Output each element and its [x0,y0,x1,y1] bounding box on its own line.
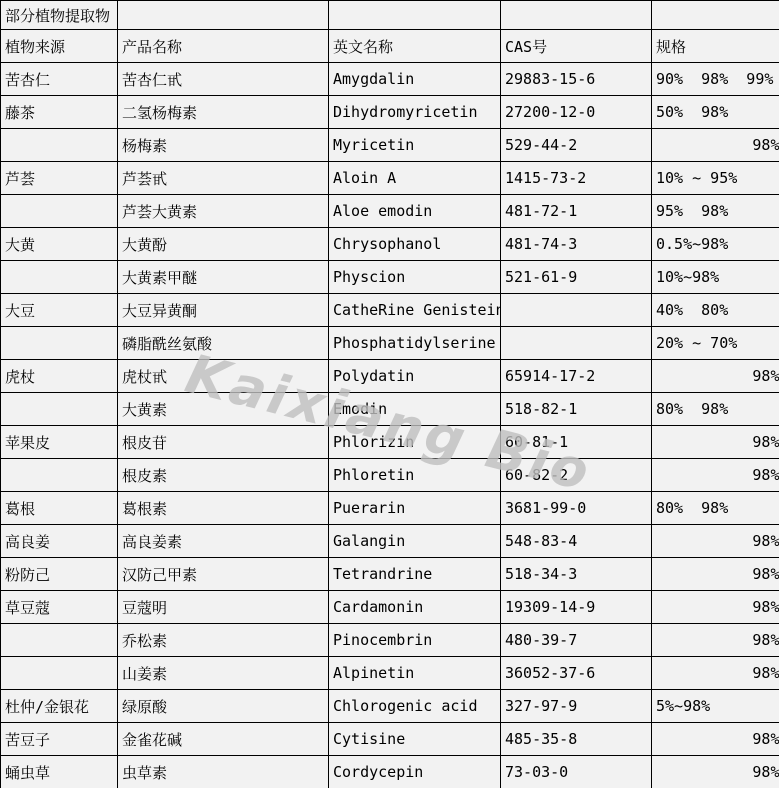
product-name-cell: 山姜素 [118,657,329,690]
spec-cell: 20% ~ 70% [652,327,779,360]
product-name-cell: 虎杖甙 [118,360,329,393]
english-name-cell: Amygdalin [329,63,501,96]
plant-source-cell [1,327,118,360]
plant-extract-table: 部分植物提取物 植物来源 产品名称 英文名称 CAS号 规格 苦杏仁苦杏仁甙Am… [0,0,779,788]
spec-cell: 40% 80% [652,294,779,327]
plant-source-cell: 芦荟 [1,162,118,195]
header-product-name: 产品名称 [118,30,329,63]
product-name-cell: 根皮苷 [118,426,329,459]
table-row: 杨梅素Myricetin529-44-298% [1,129,779,162]
english-name-cell: Aloe emodin [329,195,501,228]
cas-number-cell: 518-82-1 [501,393,652,426]
english-name-cell: CatheRine Genistein [329,294,501,327]
product-name-cell: 高良姜素 [118,525,329,558]
plant-source-cell: 高良姜 [1,525,118,558]
product-name-cell: 芦荟大黄素 [118,195,329,228]
empty-cell [329,1,501,30]
cas-number-cell: 481-74-3 [501,228,652,261]
cas-number-cell: 3681-99-0 [501,492,652,525]
header-cas-number: CAS号 [501,30,652,63]
spec-cell: 98% [652,558,779,591]
table-row: 大黄大黄酚Chrysophanol481-74-30.5%~98% [1,228,779,261]
table-row: 芦荟芦荟甙Aloin A1415-73-210% ~ 95% [1,162,779,195]
english-name-cell: Tetrandrine [329,558,501,591]
table-row: 根皮素Phloretin60-82-298% [1,459,779,492]
spec-cell: 80% 98% [652,393,779,426]
spec-cell: 98% [652,591,779,624]
table-row: 磷脂酰丝氨酸Phosphatidylserine20% ~ 70% [1,327,779,360]
product-name-cell: 芦荟甙 [118,162,329,195]
product-name-cell: 苦杏仁甙 [118,63,329,96]
spec-cell: 98% [652,657,779,690]
product-name-cell: 乔松素 [118,624,329,657]
plant-source-cell: 蛹虫草 [1,756,118,788]
cas-number-cell: 29883-15-6 [501,63,652,96]
table-row: 大黄素Emodin518-82-180% 98% [1,393,779,426]
empty-cell [652,1,779,30]
cas-number-cell: 73-03-0 [501,756,652,788]
product-name-cell: 汉防己甲素 [118,558,329,591]
table-row: 苦杏仁苦杏仁甙Amygdalin29883-15-690% 98% 99% [1,63,779,96]
plant-source-cell: 苦豆子 [1,723,118,756]
english-name-cell: Puerarin [329,492,501,525]
product-name-cell: 绿原酸 [118,690,329,723]
english-name-cell: Cytisine [329,723,501,756]
cas-number-cell: 36052-37-6 [501,657,652,690]
cas-number-cell: 60-81-1 [501,426,652,459]
header-plant-source: 植物来源 [1,30,118,63]
plant-source-cell: 大豆 [1,294,118,327]
table-row: 粉防己汉防己甲素Tetrandrine518-34-398% [1,558,779,591]
empty-cell [501,1,652,30]
english-name-cell: Myricetin [329,129,501,162]
english-name-cell: Phlorizin [329,426,501,459]
plant-source-cell: 杜仲/金银花 [1,690,118,723]
english-name-cell: Dihydromyricetin [329,96,501,129]
spec-cell: 98% [652,525,779,558]
table-row: 杜仲/金银花绿原酸Chlorogenic acid327-97-95%~98% [1,690,779,723]
product-name-cell: 虫草素 [118,756,329,788]
table-row: 苦豆子金雀花碱Cytisine485-35-898% [1,723,779,756]
english-name-cell: Chrysophanol [329,228,501,261]
plant-source-cell: 虎杖 [1,360,118,393]
cas-number-cell: 529-44-2 [501,129,652,162]
english-name-cell: Chlorogenic acid [329,690,501,723]
table-body: 苦杏仁苦杏仁甙Amygdalin29883-15-690% 98% 99%藤茶二… [1,63,779,788]
english-name-cell: Phloretin [329,459,501,492]
table-title-cell: 部分植物提取物 [1,1,118,30]
spec-cell: 5%~98% [652,690,779,723]
spec-cell: 0.5%~98% [652,228,779,261]
plant-source-cell [1,195,118,228]
english-name-cell: Alpinetin [329,657,501,690]
cas-number-cell: 521-61-9 [501,261,652,294]
spec-cell: 90% 98% 99% [652,63,779,96]
cas-number-cell: 1415-73-2 [501,162,652,195]
product-name-cell: 大黄素甲醚 [118,261,329,294]
cas-number-cell: 327-97-9 [501,690,652,723]
plant-source-cell: 葛根 [1,492,118,525]
plant-source-cell: 苹果皮 [1,426,118,459]
cas-number-cell: 485-35-8 [501,723,652,756]
product-name-cell: 大黄酚 [118,228,329,261]
product-name-cell: 葛根素 [118,492,329,525]
table-row: 大黄素甲醚Physcion521-61-910%~98% [1,261,779,294]
table-row: 芦荟大黄素Aloe emodin481-72-195% 98% [1,195,779,228]
table-title-row: 部分植物提取物 [1,1,779,30]
spec-cell: 98% [652,723,779,756]
spec-cell: 10%~98% [652,261,779,294]
product-name-cell: 磷脂酰丝氨酸 [118,327,329,360]
table-row: 苹果皮根皮苷Phlorizin60-81-198% [1,426,779,459]
spec-cell: 80% 98% [652,492,779,525]
english-name-cell: Physcion [329,261,501,294]
cas-number-cell: 518-34-3 [501,558,652,591]
product-name-cell: 大豆异黄酮 [118,294,329,327]
spec-cell: 10% ~ 95% [652,162,779,195]
cas-number-cell: 27200-12-0 [501,96,652,129]
table-row: 大豆大豆异黄酮CatheRine Genistein40% 80% [1,294,779,327]
plant-source-cell: 粉防己 [1,558,118,591]
product-name-cell: 金雀花碱 [118,723,329,756]
plant-source-cell [1,657,118,690]
product-name-cell: 二氢杨梅素 [118,96,329,129]
spec-cell: 98% [652,426,779,459]
english-name-cell: Pinocembrin [329,624,501,657]
table-row: 蛹虫草虫草素Cordycepin73-03-098% [1,756,779,788]
table-row: 葛根葛根素Puerarin3681-99-080% 98% [1,492,779,525]
plant-source-cell: 大黄 [1,228,118,261]
product-name-cell: 根皮素 [118,459,329,492]
english-name-cell: Emodin [329,393,501,426]
table-row: 乔松素Pinocembrin480-39-798% [1,624,779,657]
table-row: 山姜素Alpinetin36052-37-698% [1,657,779,690]
cas-number-cell [501,294,652,327]
cas-number-cell: 65914-17-2 [501,360,652,393]
spec-cell: 98% [652,624,779,657]
cas-number-cell: 60-82-2 [501,459,652,492]
spec-cell: 95% 98% [652,195,779,228]
cas-number-cell: 480-39-7 [501,624,652,657]
table-row: 高良姜高良姜素Galangin548-83-498% [1,525,779,558]
plant-source-cell: 藤茶 [1,96,118,129]
product-name-cell: 杨梅素 [118,129,329,162]
plant-source-cell [1,393,118,426]
cas-number-cell: 548-83-4 [501,525,652,558]
plant-source-cell [1,459,118,492]
plant-source-cell: 苦杏仁 [1,63,118,96]
product-name-cell: 豆蔻明 [118,591,329,624]
cas-number-cell: 481-72-1 [501,195,652,228]
cas-number-cell [501,327,652,360]
plant-source-cell: 草豆蔻 [1,591,118,624]
header-english-name: 英文名称 [329,30,501,63]
empty-cell [118,1,329,30]
spec-cell: 98% [652,459,779,492]
header-spec: 规格 [652,30,779,63]
table-header-row: 植物来源 产品名称 英文名称 CAS号 规格 [1,30,779,63]
spec-cell: 98% [652,129,779,162]
spec-cell: 50% 98% [652,96,779,129]
english-name-cell: Phosphatidylserine [329,327,501,360]
plant-source-cell [1,261,118,294]
plant-source-cell [1,129,118,162]
plant-extract-table-page: 部分植物提取物 植物来源 产品名称 英文名称 CAS号 规格 苦杏仁苦杏仁甙Am… [0,0,779,788]
table-row: 草豆蔻豆蔻明Cardamonin19309-14-998% [1,591,779,624]
product-name-cell: 大黄素 [118,393,329,426]
english-name-cell: Galangin [329,525,501,558]
english-name-cell: Cordycepin [329,756,501,788]
english-name-cell: Aloin A [329,162,501,195]
table-row: 虎杖虎杖甙Polydatin65914-17-298% [1,360,779,393]
plant-source-cell [1,624,118,657]
spec-cell: 98% [652,360,779,393]
cas-number-cell: 19309-14-9 [501,591,652,624]
english-name-cell: Polydatin [329,360,501,393]
table-row: 藤茶二氢杨梅素Dihydromyricetin27200-12-050% 98% [1,96,779,129]
english-name-cell: Cardamonin [329,591,501,624]
spec-cell: 98% [652,756,779,788]
